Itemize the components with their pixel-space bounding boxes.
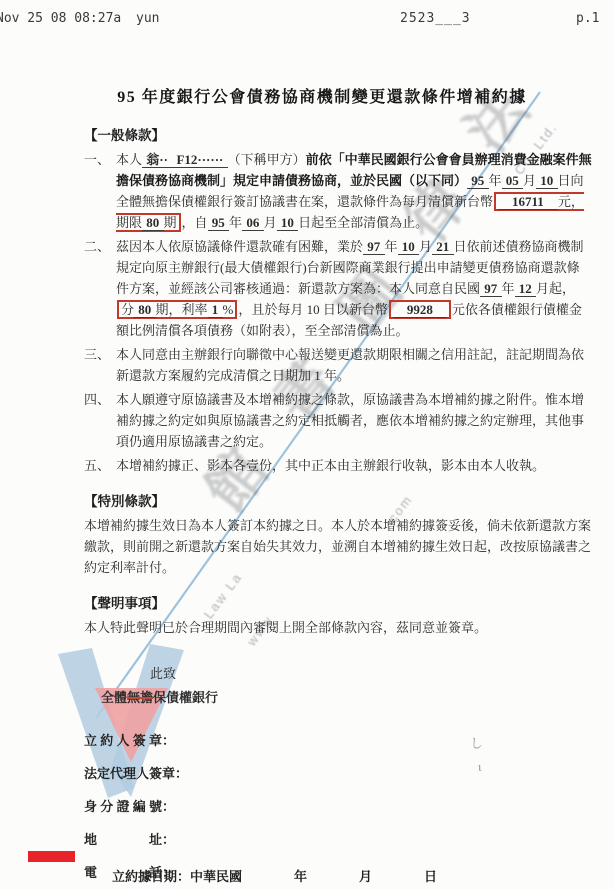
text-segment: 全體 [101, 690, 127, 705]
clause: 三、本人同意由主辦銀行向聯徵中心報送變更還款期限相關之信用註記，註記期間為依新還… [84, 344, 592, 386]
filled-blank: 12 [515, 281, 537, 297]
document-title: 95 年度銀行公會債務協商機制變更還款條件增補約據 [68, 86, 576, 110]
text-segment: 年 [489, 173, 502, 188]
text-segment: 年 [229, 215, 242, 230]
declaration-text: 本人特此聲明已於合理期間內審閱上開全部條款內容，茲同意並簽章。 [84, 617, 592, 638]
special-clause-text: 本增補約據生效日為本人簽訂本約據之日。本人於本增補約據簽妥後，倘未依新還款方案繳… [84, 515, 592, 578]
text-segment: ，且於每月 10 日以新台幣 [238, 302, 388, 317]
signature-field: 地 址： [84, 829, 592, 850]
text-segment: 年 [502, 281, 515, 296]
clause-number: 一、 [84, 149, 116, 233]
fax-sender: yun [136, 8, 159, 29]
clause-body: 本增補約據正、影本各壹份，其中正本由主辦銀行收執，影本由本人收執。 [116, 455, 592, 476]
text-segment: 月 [419, 239, 432, 254]
text-segment: 月起， [536, 281, 575, 296]
text-segment: 日起至全部清償為止。 [298, 215, 428, 230]
text-segment: 本人同意由主辦銀行向聯徵中心報送變更還款期限相關之信用註記，註記期間為依新還款方… [116, 347, 584, 383]
text-segment: % [223, 302, 234, 317]
signature-field: 法定代理人簽章： [84, 763, 592, 784]
text-segment: 月 [523, 173, 536, 188]
filled-blank: 95 [467, 173, 489, 189]
pen-mark: し [470, 733, 483, 754]
document-content: 95 年度銀行公會債務協商機制變更還款條件增補約據 【一般條款】 一、本人 翁·… [84, 86, 592, 883]
clause: 五、本增補約據正、影本各壹份，其中正本由主辦銀行收執，影本由本人收執。 [84, 455, 592, 476]
general-section-heading: 【一般條款】 [84, 125, 592, 146]
filled-blank: 16711 [498, 194, 558, 210]
fax-header: Nov 25 08 08:27a yun 2523___3 p.1 [0, 8, 614, 26]
text-segment: 年 [385, 239, 398, 254]
signature-field-list: 立 約 人 簽 章：法定代理人簽章：身 分 證 編 號：地 址：電 話： [84, 730, 592, 883]
filled-blank: 9928 [393, 302, 447, 318]
fax-timestamp: Nov 25 08 08:27a [0, 8, 121, 29]
salutation: 此致 [150, 663, 592, 684]
clause-body: 本人同意由主辦銀行向聯徵中心報送變更還款期限相關之信用註記，註記期間為依新還款方… [116, 344, 592, 386]
filled-blank: 80 [134, 302, 156, 318]
filled-blank: 1 [208, 302, 223, 318]
signature-field: 身 分 證 編 號： [84, 796, 592, 817]
filled-blank: 95 [208, 215, 230, 231]
clause-list: 一、本人 翁·· F12······ （下稱甲方）前依「中華民國銀行公會會員辦理… [84, 149, 592, 476]
clause-number: 二、 [84, 236, 116, 341]
filled-blank: 10 [277, 215, 299, 231]
filled-blank: 06 [242, 215, 264, 231]
red-highlight-box: 分 80 期，利率 1 % [117, 300, 237, 319]
text-segment: 本增補約據正、影本各壹份，其中正本由主辦銀行收執，影本由本人收執。 [116, 458, 545, 473]
declaration-section-heading: 【聲明事項】 [84, 593, 592, 614]
addressee-line: 全體無擔保債權銀行 [101, 687, 592, 708]
filled-blank: 21 [432, 239, 454, 255]
signature-field: 立 約 人 簽 章： [84, 730, 592, 751]
filled-blank: 97 [363, 239, 385, 255]
filled-blank: 翁·· [142, 152, 172, 168]
clause-number: 四、 [84, 389, 116, 452]
fax-code: 2523___3 [400, 8, 471, 29]
text-segment: 保債權銀行 [153, 690, 218, 705]
special-section-heading: 【特別條款】 [84, 491, 592, 512]
scanned-fax-page: 法律圖書館 Co. Ltd.Law Lawwwcom しι Nov 25 08 … [0, 0, 614, 889]
text-segment: 本人願遵守原協議書及本增補約據之條款，原協議書為本增補約據之附件。惟本增補約據之… [116, 392, 584, 449]
text-segment: 茲因本人依原協議條件還款確有困難，業於 [116, 239, 363, 254]
text-segment: 本人 [116, 152, 142, 167]
text-segment: （下稱甲方） [228, 152, 306, 167]
date-line: 立約據日期：中華民國 年 月 日 [112, 866, 437, 887]
filled-blank: 10 [536, 173, 558, 189]
clause-body: 本人 翁·· F12······ （下稱甲方）前依「中華民國銀行公會會員辦理消費… [116, 149, 592, 233]
redaction-bar [28, 851, 75, 862]
clause-body: 本人願遵守原協議書及本增補約據之條款，原協議書為本增補約據之附件。惟本增補約據之… [116, 389, 592, 452]
filled-blank: 05 [502, 173, 524, 189]
text-segment: 無擔 [127, 690, 153, 705]
red-highlight-box: 9928 [389, 300, 451, 319]
clause: 四、本人願遵守原協議書及本增補約據之條款，原協議書為本增補約據之附件。惟本增補約… [84, 389, 592, 452]
pen-mark: ι [478, 756, 482, 777]
filled-blank: 80 [142, 215, 164, 231]
clause: 二、茲因本人依原協議條件還款確有困難，業於 97 年 10 月 21 日依前述債… [84, 236, 592, 341]
fax-page-number: p.1 [576, 8, 599, 29]
filled-blank: 97 [480, 281, 502, 297]
clause-body: 茲因本人依原協議條件還款確有困難，業於 97 年 10 月 21 日依前述債務協… [116, 236, 592, 341]
clause-number: 三、 [84, 344, 116, 386]
text-segment: 期 [164, 215, 177, 230]
clause-number: 五、 [84, 455, 116, 476]
filled-blank: 10 [398, 239, 420, 255]
text-segment: ，自 [182, 215, 208, 230]
text-segment: 分 [121, 302, 134, 317]
text-segment: 期，利率 [156, 302, 208, 317]
clause: 一、本人 翁·· F12······ （下稱甲方）前依「中華民國銀行公會會員辦理… [84, 149, 592, 233]
text-segment: 月 [264, 215, 277, 230]
filled-blank: F12······ [172, 152, 227, 168]
